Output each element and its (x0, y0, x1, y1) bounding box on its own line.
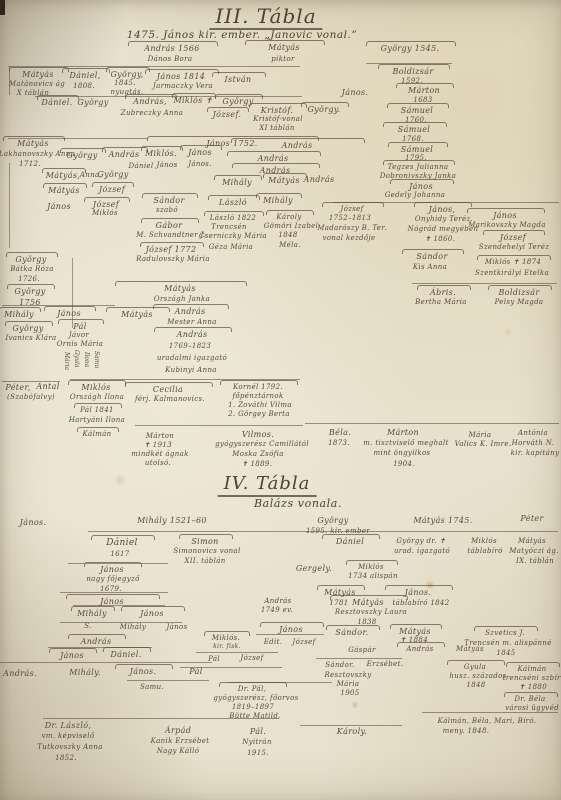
connector-line (333, 202, 559, 203)
person-label: András. (3, 670, 37, 678)
person-label: XI táblán (259, 125, 295, 132)
connector-line (48, 647, 152, 648)
person-label: Edit. (264, 639, 283, 646)
person-label: Ivanics Klára (5, 335, 56, 342)
person-label: Péter, (5, 384, 30, 392)
person-label: Boldizsár (393, 68, 434, 76)
person-label: 1852. (55, 755, 77, 762)
connector-line (305, 423, 559, 424)
person-label: 1760. (405, 117, 427, 124)
person-label: Mátyás, (46, 172, 81, 180)
person-label: Sándor. (335, 629, 368, 637)
person-label: 1848 (466, 682, 485, 689)
person-label: Miklós (471, 538, 497, 545)
person-label: Dániel (106, 539, 138, 548)
person-label: György (222, 98, 253, 106)
person-label: György 1545. (381, 45, 440, 53)
person-label: András 1566 (144, 45, 200, 53)
person-label: főpénztárnok (232, 393, 283, 400)
person-label: Mátyás (352, 599, 384, 607)
person-label: kir. fisk. (213, 644, 241, 650)
person-label: Dr. Pál, (238, 686, 266, 693)
person-label: 1838 (357, 619, 376, 626)
person-label: János. (188, 161, 212, 168)
person-label: Gedely Johanna (385, 192, 446, 199)
person-label: János (140, 610, 164, 618)
person-label: Dr. László, (45, 722, 92, 730)
person-label: kir. kapitány (511, 450, 560, 457)
person-label: János. (405, 589, 432, 597)
person-label: Cserniczky Mária (199, 233, 267, 240)
person-label: 1845. (114, 80, 136, 87)
person-label: uradalmi igazgató (157, 355, 227, 362)
person-label: Matánovics ág (9, 81, 65, 88)
person-label: András (109, 151, 140, 159)
person-label: Péter (520, 515, 543, 523)
genealogy-manuscript-page: III. Tábla 1475. János kir. ember. „Jano… (0, 0, 561, 800)
person-label: 1904. (393, 461, 415, 468)
person-label: 1726. (18, 276, 40, 283)
person-label: Mátyás 1745. (413, 517, 472, 525)
person-label: Sámuel (401, 146, 433, 154)
person-label: János (279, 626, 303, 634)
person-label: Mária (63, 352, 69, 370)
person-label: József. (213, 111, 242, 119)
person-label: Mihály (222, 179, 252, 187)
person-label: 1795. (405, 155, 427, 162)
connector-line (2, 305, 115, 306)
person-label: János (166, 624, 187, 631)
person-label: Márton (146, 433, 174, 440)
connector-line (68, 563, 168, 564)
person-label: György. (307, 106, 340, 114)
person-label: János (57, 310, 81, 318)
person-label: Pál (73, 323, 86, 331)
person-label: András (260, 167, 291, 175)
person-label: Kristóf. (261, 107, 294, 115)
person-label: András (175, 308, 206, 316)
person-label: Zubreczky Anna (121, 110, 184, 117)
person-label: 1. Zováthi Vilma (228, 402, 292, 409)
person-label: Dános Bora (148, 56, 193, 63)
person-label: György (15, 256, 46, 264)
person-label: nyugtás. (110, 89, 143, 96)
person-label: 2. Görgey Berta (228, 411, 290, 418)
person-label: Kálmán (517, 666, 546, 673)
person-label: János (493, 212, 517, 220)
person-label: férj. Kalmanovics. (135, 396, 205, 403)
connector-line (88, 531, 558, 532)
person-label: Valics K. Imre. (455, 441, 512, 448)
person-label: Pál 1841 (80, 407, 114, 414)
person-label: Nyitrán (242, 739, 272, 746)
person-label: Matyóczi ág. (509, 548, 558, 555)
table-3-title: III. Tábla (209, 6, 322, 30)
person-label: Cecilia (153, 386, 183, 394)
connector-line (43, 718, 279, 719)
person-label: Samu (93, 351, 99, 368)
person-label: Ilona (83, 352, 89, 367)
person-label: Kis Anna (413, 264, 447, 271)
person-label: Dániel. (41, 99, 72, 107)
person-label: Mátyás (268, 177, 300, 185)
person-label: József (500, 234, 526, 242)
person-label: György (14, 288, 45, 296)
person-label: 1781 (329, 600, 348, 607)
connector-line (35, 96, 302, 97)
person-label: Pál. (250, 728, 266, 736)
person-label: S. (84, 623, 91, 630)
person-label: József (340, 206, 363, 213)
person-label: Simon (191, 538, 218, 546)
person-label: Antónia (518, 430, 548, 437)
connector-line (60, 622, 182, 623)
person-label: Ábris. (430, 289, 456, 297)
person-label: József (292, 639, 315, 646)
person-label: Hartyáni Ilona (69, 417, 125, 424)
person-label: János (156, 162, 177, 169)
person-label: Onyhidy Teréz. (415, 216, 473, 223)
connector-line (72, 258, 73, 328)
person-label: urad. igazgató (394, 548, 450, 555)
person-label: Dániel. (110, 651, 141, 659)
person-label: Tegzes Julianna (388, 164, 449, 171)
person-label: Mária (337, 681, 360, 688)
person-label: András (282, 142, 313, 150)
person-label: ✝ 1880 (519, 684, 547, 691)
person-label: András (177, 331, 208, 339)
person-label: József (99, 186, 125, 194)
person-label: Dániel (128, 163, 153, 170)
person-label: trencséni szbíró (503, 675, 561, 682)
person-label: János 1814 (157, 73, 205, 81)
person-label: városi ügyvéd (505, 705, 559, 712)
person-label: Moska Zsófia (232, 451, 284, 458)
person-label: Gábor (156, 222, 183, 230)
person-label: György dr. ✝ (396, 538, 445, 545)
person-label: Géza Mária (209, 244, 253, 251)
person-label: Gyula (464, 664, 486, 671)
person-label: Márton (408, 87, 440, 95)
person-label: Antal (36, 383, 59, 391)
person-label: Mester Anna (167, 319, 217, 326)
person-label: Samu. (140, 684, 164, 691)
person-label: István (224, 76, 251, 84)
person-label: György, (110, 71, 143, 79)
person-label: Simonovics vonal (173, 548, 240, 555)
connector-line (422, 712, 558, 713)
connector-line (8, 138, 148, 139)
person-label: táblabíró (467, 548, 502, 555)
person-label: 1845 (496, 650, 515, 657)
person-label: Bertha Mária (415, 299, 467, 306)
person-label: 1683 (413, 97, 432, 104)
person-label: György (97, 171, 128, 179)
person-label: 1752–1813 (329, 215, 371, 222)
person-label: József (240, 655, 263, 662)
person-label: mint öngyilkos (373, 450, 430, 457)
connector-line (70, 379, 300, 380)
person-label: Miklós (92, 210, 118, 217)
connector-line (9, 163, 10, 248)
person-label: János (188, 149, 212, 157)
person-label: Trencsén (211, 224, 247, 231)
person-label: 1808. (73, 83, 95, 90)
person-label: Gömöri Izabel (264, 223, 319, 230)
person-label: meny. 1848. (443, 728, 490, 735)
person-label: Miklós ✝ 1874 (485, 259, 541, 266)
person-label: Dobronivszky Janka (380, 173, 456, 180)
person-label: Sámuel (401, 107, 433, 115)
person-label: Pelsy Magda (495, 299, 544, 306)
page-edge-shadow (0, 0, 5, 15)
person-label: Sándor. (325, 662, 354, 669)
person-label: 1592. (401, 78, 423, 85)
table-4-title: IV. Tábla (218, 475, 317, 497)
person-label: Kornél 1792. (233, 384, 283, 391)
person-label: XII. táblán (184, 558, 225, 565)
person-label: Miklós. (212, 635, 240, 642)
person-label: Károly. (337, 728, 367, 736)
person-label: Méla. (279, 242, 301, 249)
person-label: Béla. (329, 429, 351, 437)
person-label: vonal kezdője (323, 235, 376, 242)
person-label: Márton (387, 429, 419, 437)
connector-line (366, 63, 452, 64)
person-label: Árpád (165, 727, 191, 735)
connector-line (300, 725, 402, 726)
person-label: János. (20, 519, 47, 527)
person-label: Miklós (81, 384, 110, 392)
person-label: Szentkirályi Etelka (475, 270, 549, 277)
person-label: 1768. (402, 136, 424, 143)
connector-line (135, 425, 303, 426)
person-label: Mihály. (69, 669, 101, 677)
person-label: Kristóf-vonal (253, 116, 303, 123)
person-label: ✝ 1889. (242, 461, 273, 468)
person-label: Kubinyi Anna (165, 367, 217, 374)
person-label: Boldizsár (499, 289, 540, 297)
person-label: Radulovszky Mária (136, 256, 210, 263)
table-4-subtitle: Balázs vonala. (254, 498, 342, 509)
person-label: János (100, 566, 124, 574)
person-label: Mihály (263, 197, 293, 205)
person-label: Pál (189, 668, 202, 676)
person-label: m. tisztviselő meghalt (363, 440, 449, 447)
person-label: Kálmán (82, 431, 111, 438)
person-label: Sándor (153, 197, 184, 205)
person-label: Dániel (336, 538, 364, 546)
person-label: mindkét ágnak (131, 451, 188, 458)
person-label: Mihály (120, 624, 146, 631)
person-label: Mária (469, 432, 492, 439)
person-label: 1915. (247, 750, 269, 757)
person-label: András (264, 598, 291, 605)
person-label: Szvetics J. (485, 630, 525, 637)
person-label: IX. táblán (516, 558, 554, 565)
person-label: János, (429, 206, 456, 214)
person-label: Dr. Béla (514, 696, 545, 703)
person-label: Mihály (77, 610, 107, 618)
connector-line (73, 605, 165, 606)
person-label: 1848 (278, 232, 297, 239)
person-label: Ornis Mária (57, 341, 104, 348)
person-label: Nagy Kálló (157, 748, 200, 755)
person-label: Jávor (69, 332, 89, 339)
person-label: Erzsébet. (367, 661, 404, 668)
person-label: Mátyás (164, 285, 196, 293)
person-label: Mátyás (48, 187, 80, 195)
person-label: táblabíró 1842 (392, 600, 449, 607)
connector-line (316, 658, 402, 659)
person-label: 1905 (340, 690, 359, 697)
person-label: András, (133, 98, 167, 106)
person-label: Horváth N. (512, 440, 555, 447)
person-label: husz. százados (449, 673, 506, 680)
person-label: Tutkovszky Anna (37, 744, 103, 751)
connector-line (180, 667, 282, 668)
person-label: M. Schvandtner J. (136, 232, 205, 239)
person-label: Mátyás (324, 589, 356, 597)
person-label: Mátyás (17, 140, 49, 148)
person-label: Dániel, (69, 72, 100, 80)
person-label: Jarmaczky Vera (153, 83, 213, 90)
person-label: nagy főjegyző (86, 576, 139, 583)
person-label: Bátka Róza (10, 266, 54, 273)
person-label: János (60, 652, 84, 660)
person-label: ✝ 1884 (400, 637, 428, 644)
person-label: György (12, 325, 43, 333)
table-3-subtitle: 1475. János kir. ember. „Janovic vonal.” (127, 30, 357, 41)
person-label: Kálmán, Béla, Mari, Bíró. (438, 718, 537, 725)
person-label: Mátyás (456, 646, 484, 653)
person-label: Resztovszky Laura (335, 609, 407, 616)
person-label: ✝ 1913 (144, 442, 172, 449)
connector-line (8, 66, 300, 67)
person-label: Miklós. (145, 150, 177, 158)
person-label: 1712. (19, 161, 41, 168)
person-label: László 1822 (210, 215, 256, 222)
person-label: Mátyás (121, 311, 153, 319)
person-label: Gáspár (348, 647, 375, 654)
person-label: 1873. (328, 440, 350, 447)
person-label: 1749 ev. (261, 607, 293, 614)
person-label: Mátyás (518, 538, 546, 545)
person-label: Miklós (358, 564, 384, 571)
person-label: Sándor (416, 253, 447, 261)
person-label: gyógyszerész, főorvos (213, 695, 298, 702)
person-label: Szendehelyi Teréz (479, 244, 549, 251)
person-label: Madarászy B. Ter. (317, 225, 387, 232)
connector-line (9, 67, 10, 95)
person-label: János (409, 183, 433, 191)
person-label: József 1772 (146, 246, 197, 254)
person-label: piktor (271, 56, 294, 63)
person-label: gyógyszerész Camillától (215, 441, 309, 448)
person-label: György (317, 517, 348, 525)
person-label: András (258, 155, 289, 163)
connector-line (0, 662, 212, 663)
person-label: György (66, 152, 97, 160)
person-label: Sámuel (398, 126, 430, 134)
person-label: András (304, 176, 335, 184)
connector-line (412, 283, 557, 284)
person-label: Károly (276, 214, 301, 221)
connector-line (2, 381, 60, 382)
person-label: Miklós ✝ (173, 97, 212, 105)
person-label: utolsó. (145, 460, 171, 467)
person-label: Mátyás (268, 44, 300, 52)
person-label: Vilmos. (242, 431, 274, 439)
person-label: Mátyás (399, 628, 431, 636)
connector-line (60, 592, 168, 593)
person-label: András (81, 638, 112, 646)
person-label: Resztovszky (324, 672, 371, 679)
person-label: 1617 (110, 551, 129, 558)
connector-line (196, 652, 278, 653)
person-label: János (47, 203, 71, 211)
person-label: János. (342, 89, 369, 97)
person-label: György (77, 99, 108, 107)
person-label: János. (130, 668, 157, 676)
person-label: 1819–1897 (232, 704, 274, 711)
person-label: Kanik Erzsébet (151, 738, 210, 745)
person-label: Gergely. (296, 565, 332, 573)
person-label: vm. képviselő (42, 733, 95, 740)
person-label: Lakhanovszky Anna (0, 151, 75, 158)
person-label: (Szabófalvy) (7, 394, 55, 401)
connector-line (228, 682, 332, 683)
person-label: Mihály (4, 311, 34, 319)
person-label: János 1752. (206, 140, 257, 148)
person-label: ✝ 1860. (425, 236, 456, 243)
person-label: Gyula (73, 350, 79, 368)
person-label: Mátyás (22, 71, 54, 79)
person-label: Országh Janka (154, 296, 210, 303)
person-label: szabó (156, 207, 178, 214)
person-label: József (93, 201, 119, 209)
connector-line (127, 680, 209, 681)
person-label: Mihály 1521–60 (137, 517, 207, 525)
connector-line (256, 634, 324, 635)
person-label: Marikovszky Magda (468, 222, 545, 229)
person-label: András (406, 646, 433, 653)
person-label: 1769–1823 (169, 343, 211, 350)
person-label: Országh Ilona (70, 394, 124, 401)
person-label: 1734 alispán (348, 573, 398, 580)
person-label: László (219, 199, 247, 207)
